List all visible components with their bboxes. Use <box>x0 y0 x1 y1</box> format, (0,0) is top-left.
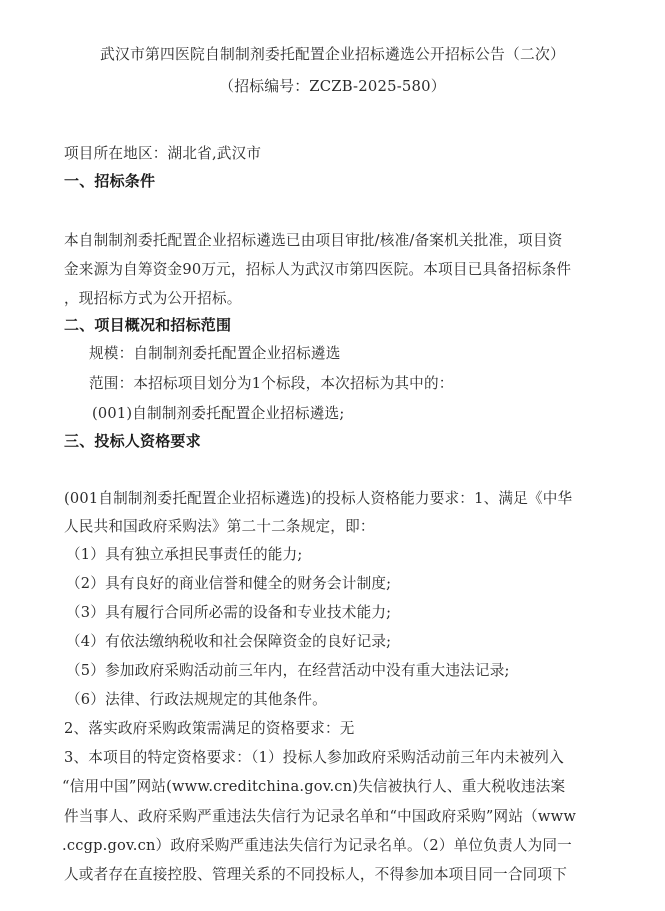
document-page: 武汉市第四医院自制制剂委托配置企业招标遴选公开招标公告（二次） （招标编号：ZC… <box>0 0 665 911</box>
requirement-item: （3）具有履行合同所必需的设备和专业技术能力; <box>66 604 391 622</box>
paragraph-line: 本自制制剂委托配置企业招标遴选已由项目审批/核准/备案机关批准，项目资 <box>64 232 562 250</box>
requirement-item: （6）法律、行政法规规定的其他条件。 <box>66 691 327 709</box>
document-title: 武汉市第四医院自制制剂委托配置企业招标遴选公开招标公告（二次） <box>0 46 665 64</box>
paragraph-line: 人民共和国政府采购法》第二十二条规定，即： <box>64 518 375 536</box>
section-heading-project-overview: 二、项目概况和招标范围 <box>64 316 231 334</box>
requirement-item: （5）参加政府采购活动前三年内，在经营活动中没有重大违法记录; <box>66 662 510 680</box>
paragraph-line: ，现招标方式为公开招标。 <box>64 290 242 308</box>
paragraph-line: (001自制制剂委托配置企业招标遴选)的投标人资格能力要求：1、满足《中华 <box>64 490 572 508</box>
section-heading-bid-conditions: 一、招标条件 <box>64 172 155 190</box>
requirement-item: （2）具有良好的商业信誉和健全的财务会计制度; <box>66 575 391 593</box>
lot-line: (001)自制制剂委托配置企业招标遴选; <box>92 405 344 423</box>
paragraph-line: “信用中国”网站(www.creditchina.gov.cn)失信被执行人、重… <box>62 778 565 796</box>
paragraph-line: 人或者存在直接控股、管理关系的不同投标人，不得参加本项目同一合同项下 <box>64 866 567 884</box>
paragraph-line: .ccgp.gov.cn）政府采购严重违法失信行为记录名单。（2）单位负责人为同… <box>62 837 572 855</box>
scope-line: 范围：本招标项目划分为1个标段，本次招标为其中的： <box>89 375 454 393</box>
paragraph-line: 2、落实政府采购政策需满足的资格要求：无 <box>64 720 355 738</box>
requirement-item: （4）有依法缴纳税收和社会保障资金的良好记录; <box>66 633 391 651</box>
bid-number: （招标编号：ZCZB-2025-580） <box>0 78 665 96</box>
paragraph-line: 3、本项目的特定资格要求：（1）投标人参加政府采购活动前三年内未被列入 <box>64 749 564 767</box>
project-region: 项目所在地区：湖北省,武汉市 <box>64 145 261 163</box>
section-heading-bidder-qualifications: 三、投标人资格要求 <box>64 432 201 450</box>
paragraph-line: 金来源为自筹资金90万元，招标人为武汉市第四医院。本项目已具备招标条件 <box>64 261 571 279</box>
requirement-item: （1）具有独立承担民事责任的能力; <box>66 546 303 564</box>
scale-line: 规模：自制制剂委托配置企业招标遴选 <box>89 345 341 363</box>
paragraph-line: 件当事人、政府采购严重违法失信行为记录名单和“中国政府采购”网站（www <box>64 808 576 826</box>
